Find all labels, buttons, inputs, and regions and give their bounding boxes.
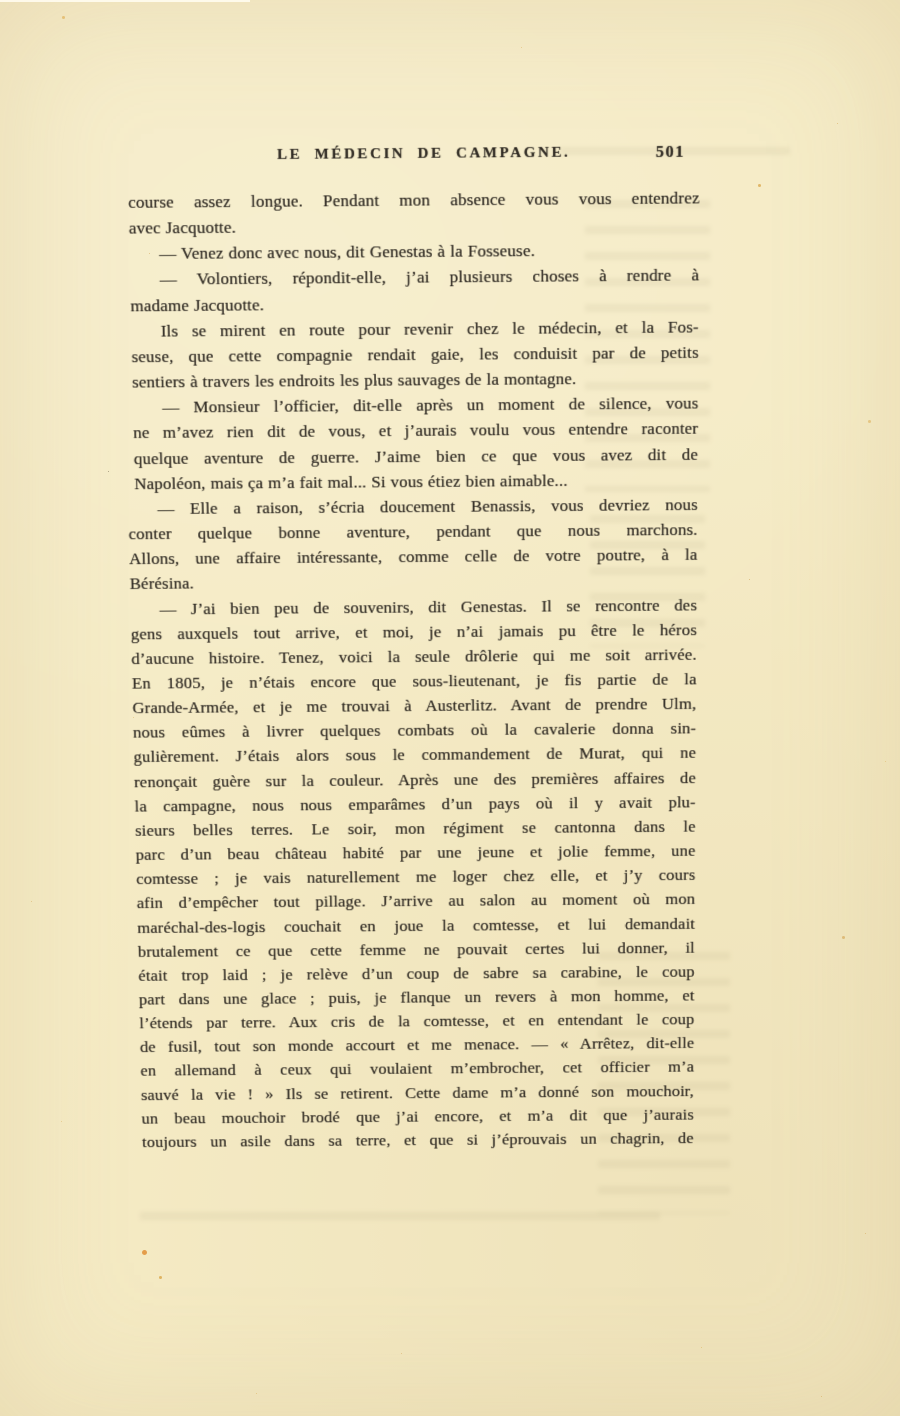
text-line: Allons, une affaire intéressante, comme … <box>129 543 698 572</box>
body-text: course assez longue. Pendant mon absence… <box>121 186 700 1155</box>
book-page: LE MÉDECIN DE CAMPAGNE. 501 course assez… <box>0 0 900 1416</box>
scan-edge-artifact <box>0 0 250 2</box>
text-line: gulièrement. J’étais alors sous le comma… <box>133 741 696 770</box>
page-number: 501 <box>656 142 685 162</box>
text-line: en allemand à ceux qui voulaient m’embro… <box>140 1056 694 1084</box>
text-line: afin d’empêcher tout pillage. J’arrive a… <box>137 888 696 916</box>
text-line: seuse, que cette compagnie rendait gaie,… <box>131 340 698 370</box>
text-line: quelque aventure de guerre. J’aime bien … <box>134 442 699 472</box>
show-through-text <box>140 1212 660 1238</box>
text-line: toujours un asile dans sa terre, et que … <box>142 1127 694 1155</box>
running-title: LE MÉDECIN DE CAMPAGNE. <box>277 145 570 164</box>
text-line: — Volontiers, répondit-elle, j’ai plusie… <box>130 263 700 293</box>
text-line: — J’ai bien peu de souvenirs, dit Genest… <box>130 593 697 622</box>
page-content: LE MÉDECIN DE CAMPAGNE. 501 course assez… <box>120 144 700 1155</box>
running-head: LE MÉDECIN DE CAMPAGNE. 501 <box>120 144 700 168</box>
foxing-specks <box>0 0 3 3</box>
text-line: course assez longue. Pendant mon absence… <box>128 186 700 216</box>
text-line: ne m’avez rien dit de vous, et j’aurais … <box>133 417 698 447</box>
